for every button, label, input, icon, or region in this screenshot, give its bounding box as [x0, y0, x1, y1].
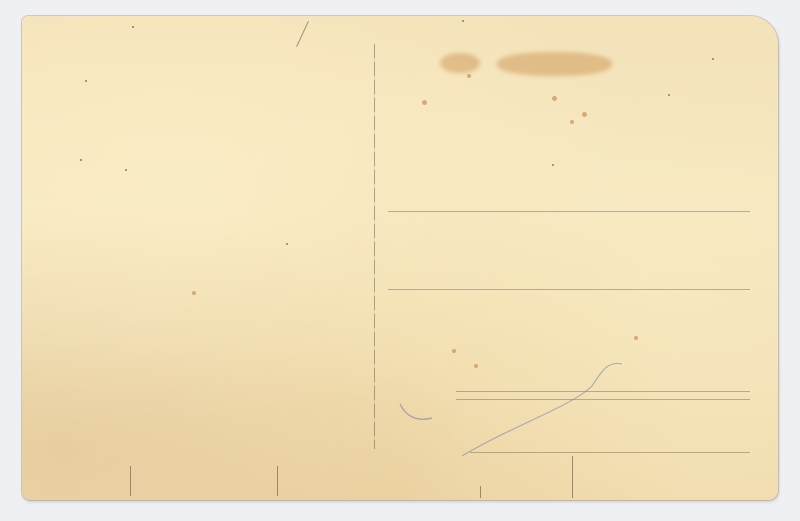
- edge-tear: [480, 486, 481, 498]
- foxing-spot: [634, 336, 638, 340]
- postcard-back: [22, 16, 778, 500]
- foxing-spot: [570, 120, 574, 124]
- speck: [132, 26, 134, 28]
- speck: [712, 58, 714, 60]
- address-line-2: [388, 289, 750, 290]
- edge-tear: [572, 456, 573, 498]
- speck: [462, 20, 464, 22]
- pen-scribble: [372, 346, 632, 456]
- speck: [125, 169, 127, 171]
- foxing-spot: [192, 291, 196, 295]
- foxing-spot: [422, 100, 427, 105]
- foxing-spot: [467, 74, 471, 78]
- water-stain: [497, 52, 612, 76]
- water-stain: [440, 53, 480, 73]
- speck: [552, 164, 554, 166]
- edge-tear: [130, 466, 131, 496]
- edge-tear: [296, 21, 309, 47]
- edge-tear: [277, 466, 278, 496]
- foxing-spot: [582, 112, 587, 117]
- address-line-1: [388, 211, 750, 212]
- foxing-spot: [552, 96, 557, 101]
- speck: [286, 243, 288, 245]
- speck: [668, 94, 670, 96]
- speck: [85, 80, 87, 82]
- speck: [80, 159, 82, 161]
